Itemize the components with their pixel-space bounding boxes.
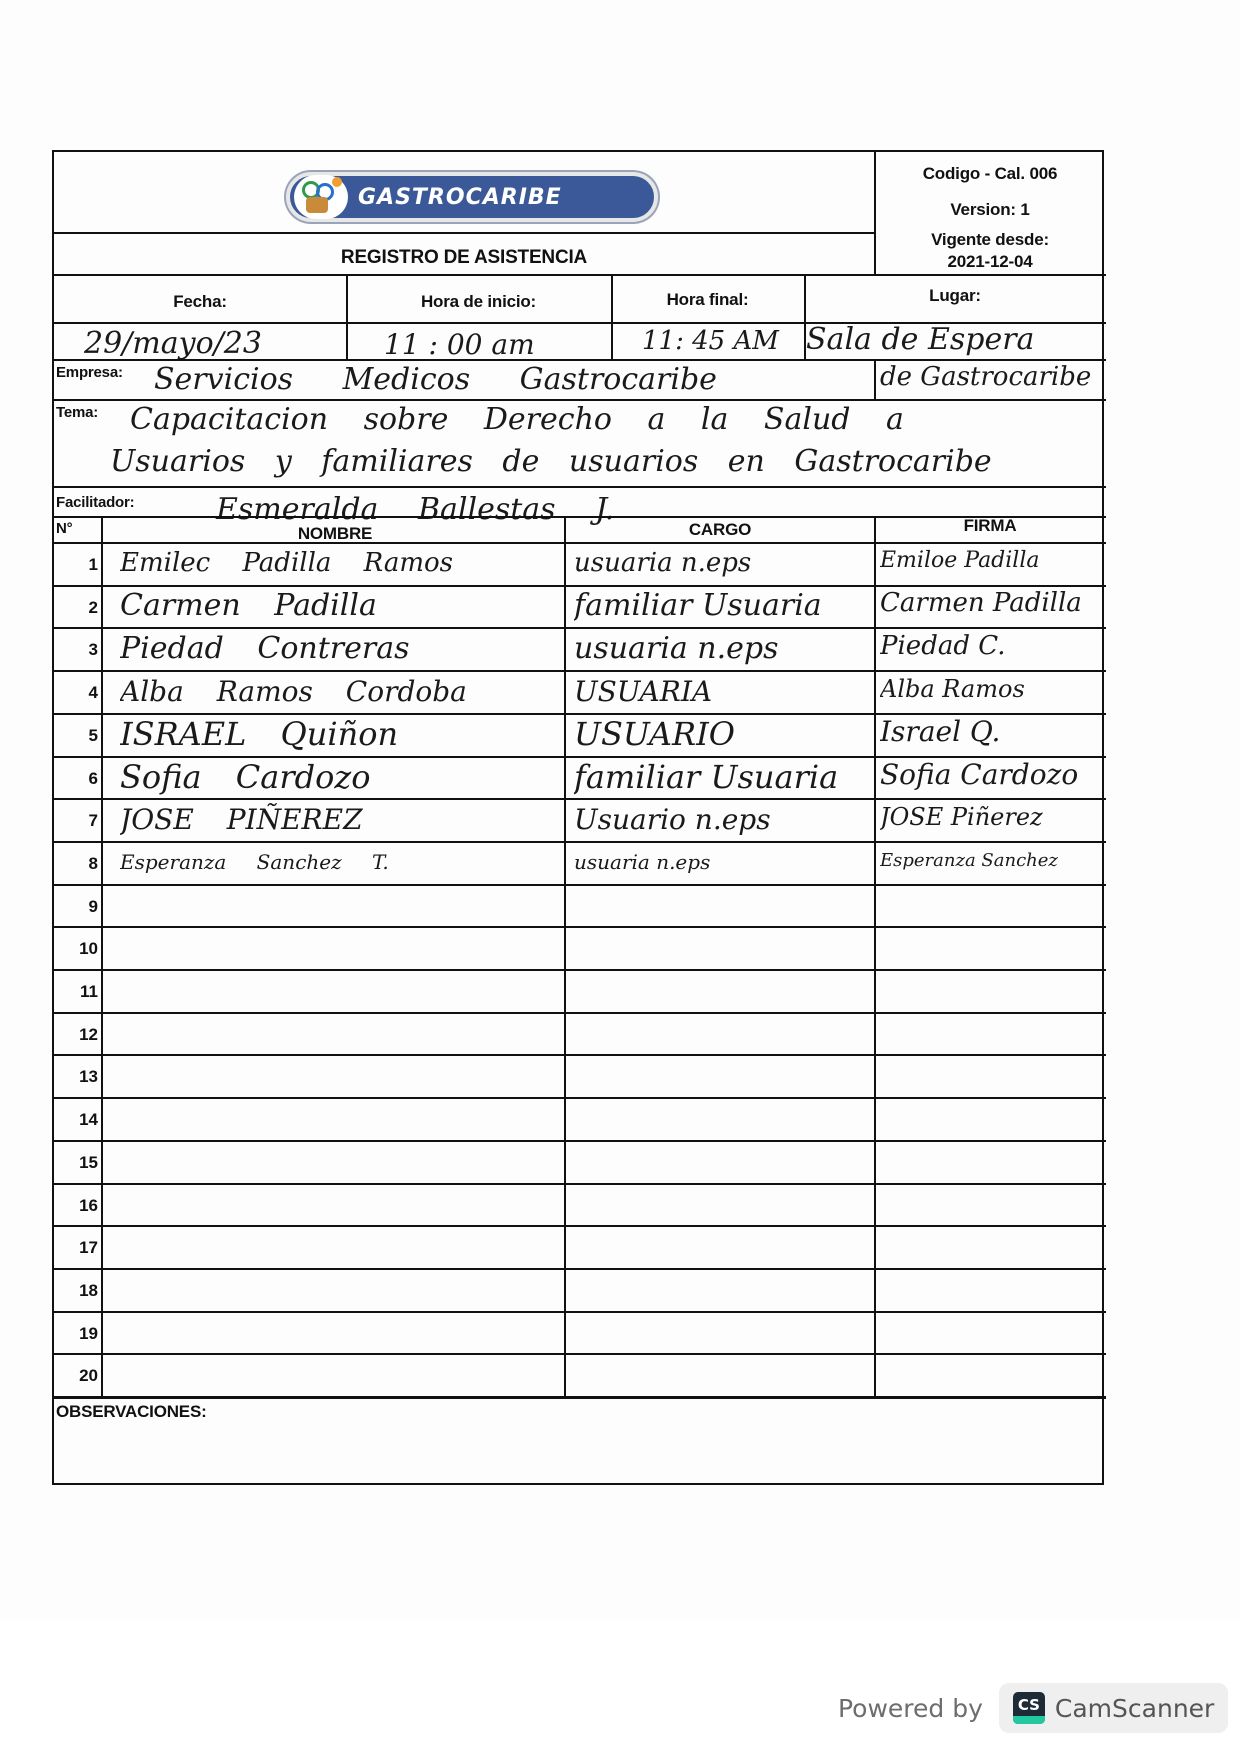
attendee-role[interactable]: usuaria n.eps xyxy=(574,548,870,590)
observaciones-label: OBSERVACIONES: xyxy=(56,1402,207,1422)
attendee-name[interactable]: Emilec Padilla Ramos xyxy=(120,548,560,590)
row-number: 19 xyxy=(54,1324,98,1344)
hora-final-label: Hora final: xyxy=(611,290,804,310)
attendee-name[interactable]: Alba Ramos Cordoba xyxy=(120,675,560,717)
attendee-signature[interactable] xyxy=(880,1103,1104,1145)
facilitador-value[interactable]: Esmeralda Ballestas J. xyxy=(216,492,614,527)
attendee-role[interactable]: usuaria n.eps xyxy=(574,850,870,892)
row-number: 9 xyxy=(54,897,98,917)
row-number: 10 xyxy=(54,939,98,959)
attendee-role[interactable]: familiar Usuaria xyxy=(574,758,870,800)
attendee-signature[interactable] xyxy=(880,1359,1104,1401)
empresa-value[interactable]: Servicios Medicos Gastrocaribe xyxy=(154,362,717,397)
attendee-signature[interactable]: Esperanza Sanchez xyxy=(880,850,1104,892)
row-number: 11 xyxy=(54,982,98,1002)
camscanner-badge: CS CamScanner xyxy=(999,1683,1228,1733)
row-number: 7 xyxy=(54,811,98,831)
attendee-role[interactable] xyxy=(574,1231,870,1273)
gastrocaribe-logo: GASTROCARIBE xyxy=(286,172,658,222)
attendee-signature[interactable] xyxy=(880,1188,1104,1230)
attendee-name[interactable] xyxy=(120,889,560,931)
row-number: 6 xyxy=(54,769,98,789)
attendee-role[interactable]: usuaria n.eps xyxy=(574,631,870,673)
attendee-role[interactable] xyxy=(574,1103,870,1145)
attendee-role[interactable] xyxy=(574,1274,870,1316)
brand-name: GASTROCARIBE xyxy=(358,185,562,210)
row-number: 8 xyxy=(54,854,98,874)
valid-from-date: 2021-12-04 xyxy=(876,252,1104,272)
attendee-signature[interactable]: Piedad C. xyxy=(880,631,1104,673)
logo-emblem-icon xyxy=(294,175,348,219)
attendee-role[interactable]: USUARIO xyxy=(574,715,870,757)
col-header-cargo: CARGO xyxy=(566,520,874,540)
attendee-signature[interactable] xyxy=(880,1146,1104,1188)
row-number: 4 xyxy=(54,683,98,703)
attendee-name[interactable]: Carmen Padilla xyxy=(120,588,560,630)
row-number: 18 xyxy=(54,1281,98,1301)
attendee-signature[interactable]: JOSE Piñerez xyxy=(880,803,1104,845)
attendee-role[interactable]: familiar Usuaria xyxy=(574,588,870,630)
hora-final-value[interactable]: 11: 45 AM xyxy=(642,326,779,356)
attendee-name[interactable] xyxy=(120,1231,560,1273)
attendee-signature[interactable] xyxy=(880,932,1104,974)
attendee-signature[interactable] xyxy=(880,1231,1104,1273)
row-number: 15 xyxy=(54,1153,98,1173)
attendee-role[interactable] xyxy=(574,1146,870,1188)
document-code: Codigo - Cal. 006 xyxy=(876,164,1104,184)
attendee-signature[interactable] xyxy=(880,1017,1104,1059)
tema-value-line2[interactable]: Usuarios y familiares de usuarios en Gas… xyxy=(110,444,992,479)
attendee-name[interactable] xyxy=(120,1017,560,1059)
attendee-role[interactable] xyxy=(574,1316,870,1358)
document-version: Version: 1 xyxy=(876,200,1104,220)
col-header-firma: FIRMA xyxy=(874,516,1106,536)
attendee-name[interactable] xyxy=(120,1188,560,1230)
camscanner-watermark: Powered by CS CamScanner xyxy=(838,1683,1228,1733)
attendee-name[interactable]: Piedad Contreras xyxy=(120,631,560,673)
facilitador-label: Facilitador: xyxy=(56,494,134,511)
row-number: 3 xyxy=(54,640,98,660)
attendee-signature[interactable]: Carmen Padilla xyxy=(880,588,1104,630)
attendee-signature[interactable] xyxy=(880,1274,1104,1316)
attendee-name[interactable] xyxy=(120,1146,560,1188)
row-number: 17 xyxy=(54,1238,98,1258)
attendee-name[interactable] xyxy=(120,1359,560,1401)
fecha-label: Fecha: xyxy=(54,292,346,312)
lugar-value[interactable]: Sala de Espera xyxy=(806,322,1034,357)
attendee-role[interactable]: USUARIA xyxy=(574,675,870,717)
attendee-signature[interactable] xyxy=(880,975,1104,1017)
attendee-role[interactable] xyxy=(574,1060,870,1102)
lugar-label: Lugar: xyxy=(804,286,1106,306)
tema-value-line1[interactable]: Capacitacion sobre Derecho a la Salud a xyxy=(130,402,904,437)
attendee-role[interactable] xyxy=(574,932,870,974)
attendee-role[interactable] xyxy=(574,975,870,1017)
valid-from-label: Vigente desde: xyxy=(876,230,1104,250)
row-number: 14 xyxy=(54,1110,98,1130)
attendee-name[interactable] xyxy=(120,975,560,1017)
attendee-signature[interactable]: Sofia Cardozo xyxy=(880,758,1104,800)
camscanner-name: CamScanner xyxy=(1055,1694,1214,1723)
row-number: 5 xyxy=(54,726,98,746)
attendee-name[interactable] xyxy=(120,1316,560,1358)
attendee-signature[interactable] xyxy=(880,1316,1104,1358)
camscanner-icon: CS xyxy=(1013,1692,1045,1724)
attendee-name[interactable] xyxy=(120,1060,560,1102)
col-header-num: N° xyxy=(56,520,72,537)
row-number: 1 xyxy=(54,555,98,575)
attendee-signature[interactable]: Israel Q. xyxy=(880,715,1104,757)
attendee-role[interactable] xyxy=(574,1188,870,1230)
row-number: 2 xyxy=(54,598,98,618)
attendee-name[interactable] xyxy=(120,932,560,974)
attendee-signature[interactable] xyxy=(880,889,1104,931)
tema-label: Tema: xyxy=(56,404,98,421)
fecha-value[interactable]: 29/mayo/23 xyxy=(84,326,262,361)
attendee-name[interactable]: JOSE PIÑEREZ xyxy=(120,803,560,845)
attendee-name[interactable]: Esperanza Sanchez T. xyxy=(120,850,560,892)
attendee-name[interactable] xyxy=(120,1274,560,1316)
attendee-name[interactable]: Sofia Cardozo xyxy=(120,758,560,800)
row-number: 13 xyxy=(54,1067,98,1087)
attendee-role[interactable]: Usuario n.eps xyxy=(574,803,870,845)
attendee-role[interactable] xyxy=(574,889,870,931)
form-title: REGISTRO DE ASISTENCIA xyxy=(54,247,874,269)
attendee-signature[interactable]: Alba Ramos xyxy=(880,675,1104,717)
attendee-role[interactable] xyxy=(574,1017,870,1059)
attendee-signature[interactable]: Emiloe Padilla xyxy=(880,548,1104,590)
attendee-name[interactable] xyxy=(120,1103,560,1145)
lugar-value-continued[interactable]: de Gastrocaribe xyxy=(880,362,1091,392)
attendance-form: GASTROCARIBE REGISTRO DE ASISTENCIA Codi… xyxy=(52,150,1104,1485)
attendee-signature[interactable] xyxy=(880,1060,1104,1102)
col-header-nombre: NOMBRE xyxy=(104,524,566,544)
attendee-role[interactable] xyxy=(574,1359,870,1401)
empresa-label: Empresa: xyxy=(56,364,123,381)
row-number: 12 xyxy=(54,1025,98,1045)
attendee-name[interactable]: ISRAEL Quiñon xyxy=(120,715,560,757)
row-number: 16 xyxy=(54,1196,98,1216)
powered-by-text: Powered by xyxy=(838,1694,983,1723)
row-number: 20 xyxy=(54,1366,98,1386)
hora-inicio-label: Hora de inicio: xyxy=(346,292,611,312)
hora-inicio-value[interactable]: 11 : 00 am xyxy=(384,328,535,361)
observaciones-field[interactable] xyxy=(60,1427,1100,1479)
